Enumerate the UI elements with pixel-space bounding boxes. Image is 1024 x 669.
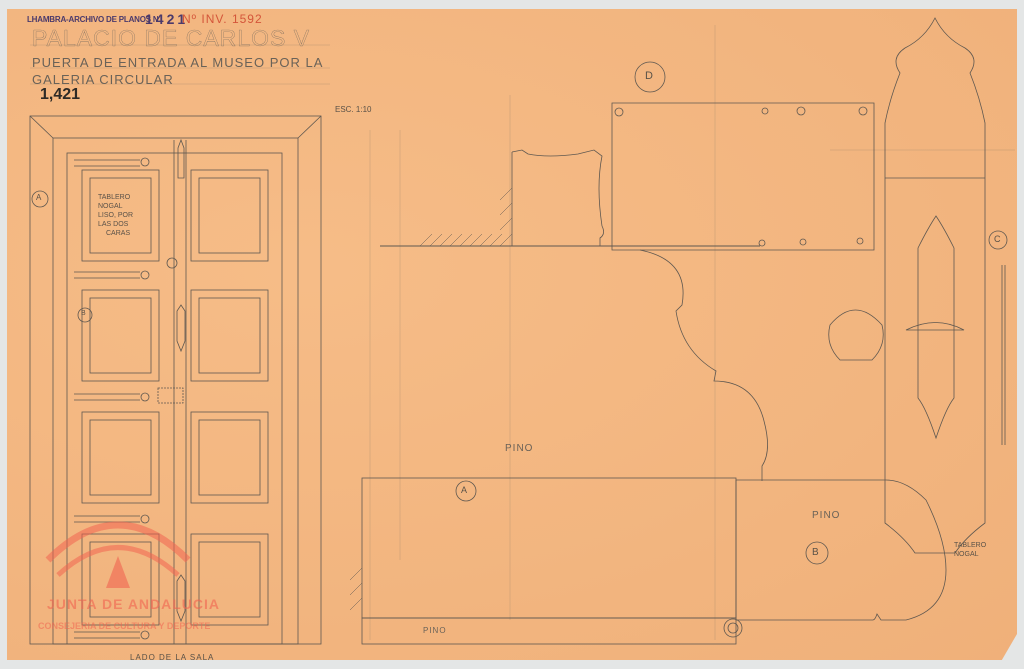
tablero-nogal-note: TABLERO NOGAL	[954, 541, 986, 559]
drawing-title: PALACIO DE CARLOS V	[32, 25, 310, 52]
plan-number: 1,421	[40, 86, 80, 104]
marker-a: A	[461, 485, 467, 495]
material-label: PINO	[423, 626, 447, 635]
escutcheon-detail	[829, 18, 1007, 553]
material-label: PINO	[505, 443, 533, 454]
panel-note: TABLERO NOGAL LISO, POR LAS DOS CARAS	[98, 193, 133, 238]
bottom-caption: LADO DE LA SALA	[130, 653, 214, 662]
technical-drawing	[0, 0, 1024, 669]
drawing-subtitle-1: PUERTA DE ENTRADA AL MUSEO POR LA	[32, 55, 323, 70]
archive-stamp: LHAMBRA-ARCHIVO DE PLANOS N.	[27, 15, 161, 24]
drawing-subtitle-2: GALERIA CIRCULAR	[32, 72, 174, 87]
marker-b: B	[812, 547, 819, 558]
watermark-subtitle: CONSEJERIA DE CULTURA Y DEPORTE	[38, 621, 210, 631]
watermark-title: JUNTA DE ANDALUCIA	[47, 596, 220, 612]
marker-d: D	[645, 70, 653, 82]
marker-c: C	[994, 234, 1001, 244]
scale-label: ESC. 1:10	[335, 105, 371, 114]
section-profile	[350, 150, 946, 644]
inventory-number: Nº INV. 1592	[182, 12, 263, 26]
marker-a: A	[36, 193, 41, 202]
material-label: PINO	[812, 510, 840, 521]
marker-b: B	[81, 310, 86, 317]
hinge-plate-detail	[612, 62, 874, 250]
